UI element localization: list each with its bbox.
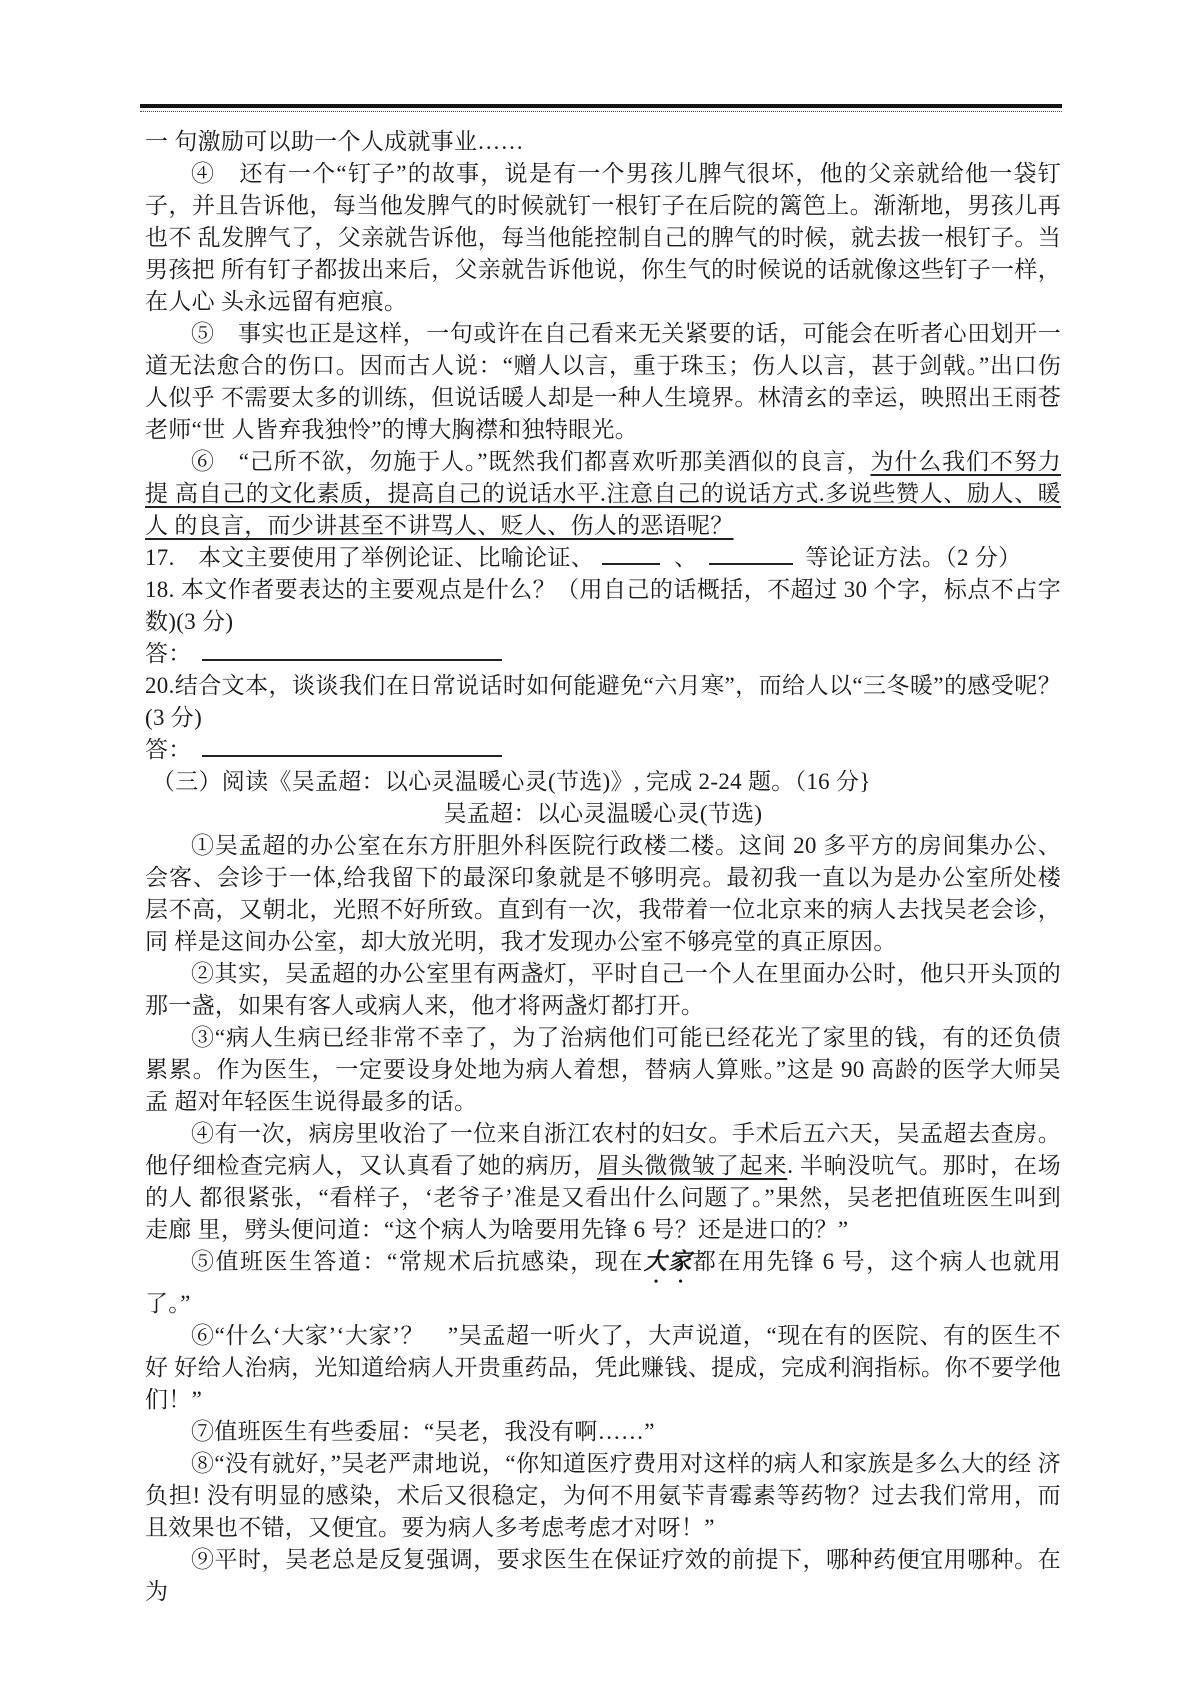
essay1-para-6-text: ⑥ “己所不欲，勿施于人。”既然我们都喜欢听那美酒似的良言， (191, 449, 871, 474)
section-3-heading: （三）阅读《吴孟超：以心灵温暖心灵(节选)》, 完成 2-24 题。（16 分} (145, 766, 1061, 798)
question-18: 18. 本文作者要表达的主要观点是什么？（用自己的话概括，不超过 30 个字，标… (145, 574, 1061, 638)
essay2-para-3: ③“病人生病已经非常不幸了，为了治病他们可能已经花光了家里的钱，有的还负债 累累… (145, 1022, 1061, 1118)
question-17-separator: 、 (674, 545, 697, 570)
question-20-answer-line: 答： (145, 734, 1061, 766)
essay2-para-5-text-pre: ⑤值班医生答道：“常规术后抗感染，现在 (191, 1249, 644, 1274)
answer-label-18: 答： (145, 641, 192, 666)
page-header-rule (140, 104, 1062, 112)
essay2-para-1: ①吴孟超的办公室在东方肝胆外科医院行政楼二楼。这间 20 多平方的房间集办公、 … (145, 830, 1061, 958)
answer-blank-18 (202, 643, 502, 661)
essay2-para-7: ⑦值班医生有些委屈：“吴老，我没有啊……” (145, 1416, 1061, 1448)
essay2-para-4: ④有一次，病房里收治了一位来自浙江农村的妇女。手术后五六天，吴孟超去查房。他仔细… (145, 1118, 1061, 1246)
essay2-para-5-emphasized-text: 大家 (644, 1249, 693, 1274)
essay2-para-5: ⑤值班医生答道：“常规术后抗感染，现在大家都在用先锋 6 号，这个病人也就用了。… (145, 1246, 1061, 1320)
essay1-para-4: ④ 还有一个“钉子”的故事，说是有一个男孩儿脾气很坏，他的父亲就给他一袋钉子，并… (145, 158, 1061, 318)
question-17-text-pre: 17. 本文主要使用了举例论证、比喻论证、 (145, 545, 594, 570)
essay2-para-8: ⑧“没有就好，”吴老严肃地说，“你知道医疗费用对这样的病人和家族是多么大的经 济… (145, 1448, 1061, 1544)
question-20: 20.结合文本，谈谈我们在日常说话时如何能避免“六月寒”，而给人以“三冬暖”的感… (145, 670, 1061, 734)
question-17-blank-2 (709, 545, 793, 565)
essay1-closing-line: 一 句激励可以助一个人成就事业…… (145, 126, 1061, 158)
question-18-answer-line: 答： (145, 638, 1061, 670)
essay2-para-9: ⑨平时，吴老总是反复强调，要求医生在保证疗效的前提下，哪种药便宜用哪种。在为 (145, 1544, 1061, 1608)
essay2-para-4-underlined-text: 眉头微微皱了起来 (597, 1153, 787, 1178)
exam-paper-page: 一 句激励可以助一个人成就事业…… ④ 还有一个“钉子”的故事，说是有一个男孩儿… (0, 0, 1200, 1698)
document-content: 一 句激励可以助一个人成就事业…… ④ 还有一个“钉子”的故事，说是有一个男孩儿… (145, 126, 1061, 1608)
essay2-para-2: ②其实，吴孟超的办公室里有两盏灯，平时自己一个人在里面办公时，他只开头顶的 那一… (145, 958, 1061, 1022)
essay2-title: 吴孟超：以心灵温暖心灵(节选) (145, 798, 1061, 830)
answer-label-20: 答： (145, 737, 192, 762)
essay1-para-6: ⑥ “己所不欲，勿施于人。”既然我们都喜欢听那美酒似的良言，为什么我们不努力提 … (145, 446, 1061, 542)
essay2-para-6: ⑥“什么‘大家’‘大家’？ ”吴孟超一听火了，大声说道，“现在有的医院、有的医生… (145, 1320, 1061, 1416)
essay1-para-5: ⑤ 事实也正是这样，一句或许在自己看来无关紧要的话，可能会在听者心田划开一道无法… (145, 318, 1061, 446)
question-17-text-post: 等论证方法。（2 分） (805, 545, 1021, 570)
question-17: 17. 本文主要使用了举例论证、比喻论证、、等论证方法。（2 分） (145, 542, 1061, 574)
question-17-blank-1 (602, 545, 660, 565)
answer-blank-20 (202, 739, 502, 757)
